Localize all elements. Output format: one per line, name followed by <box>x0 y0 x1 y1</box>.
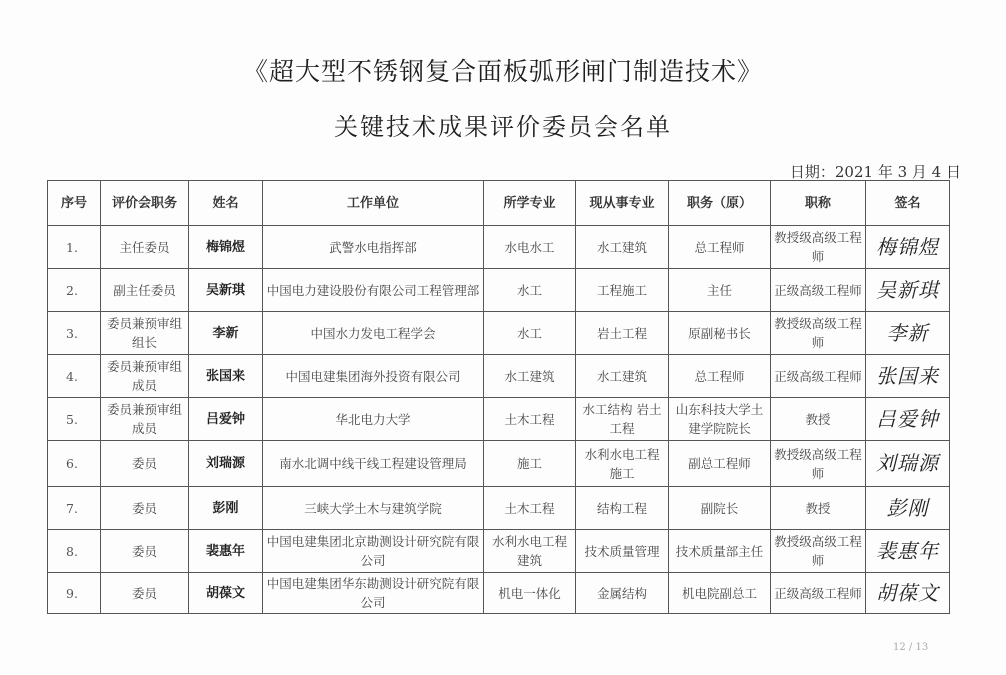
table-row: 8.委员裴惠年中国电建集团北京勘测设计研究院有限公司水利水电工程建筑技术质量管理… <box>48 530 950 573</box>
cell-title: 教授级高级工程师 <box>771 441 866 487</box>
cell-role: 委员兼预审组成员 <box>101 355 189 398</box>
cell-current-major: 岩土工程 <box>576 312 669 355</box>
cell-major: 水工建筑 <box>484 355 576 398</box>
cell-name: 胡葆文 <box>189 573 263 614</box>
cell-no: 1. <box>48 226 101 269</box>
cell-no: 8. <box>48 530 101 573</box>
cell-unit: 中国电力建设股份有限公司工程管理部 <box>263 269 484 312</box>
cell-role: 副主任委员 <box>101 269 189 312</box>
cell-current-major: 技术质量管理 <box>576 530 669 573</box>
header-title: 职称 <box>771 181 866 226</box>
cell-name: 梅锦煜 <box>189 226 263 269</box>
table-row: 7.委员彭刚三峡大学土木与建筑学院土木工程结构工程副院长教授彭刚 <box>48 487 950 530</box>
cell-major: 机电一体化 <box>484 573 576 614</box>
cell-no: 7. <box>48 487 101 530</box>
header-major: 所学专业 <box>484 181 576 226</box>
cell-position: 技术质量部主任 <box>669 530 771 573</box>
header-role: 评价会职务 <box>101 181 189 226</box>
cell-signature: 梅锦煜 <box>866 226 950 269</box>
header-position: 职务（原） <box>669 181 771 226</box>
cell-signature: 吴新琪 <box>866 269 950 312</box>
cell-position: 总工程师 <box>669 226 771 269</box>
cell-position: 山东科技大学土建学院院长 <box>669 398 771 441</box>
cell-signature: 裴惠年 <box>866 530 950 573</box>
cell-major: 水工 <box>484 269 576 312</box>
cell-major: 水工 <box>484 312 576 355</box>
cell-major: 水利水电工程建筑 <box>484 530 576 573</box>
cell-role: 委员兼预审组成员 <box>101 398 189 441</box>
header-signature: 签名 <box>866 181 950 226</box>
page-number: 12 / 13 <box>893 642 928 653</box>
cell-role: 委员 <box>101 487 189 530</box>
cell-signature: 胡葆文 <box>866 573 950 614</box>
cell-name: 刘瑞源 <box>189 441 263 487</box>
cell-no: 2. <box>48 269 101 312</box>
cell-name: 裴惠年 <box>189 530 263 573</box>
cell-name: 吴新琪 <box>189 269 263 312</box>
cell-no: 3. <box>48 312 101 355</box>
cell-current-major: 水工建筑 <box>576 355 669 398</box>
document-subtitle: 关键技术成果评价委员会名单 <box>0 107 1006 142</box>
cell-name: 吕爱钟 <box>189 398 263 441</box>
cell-role: 委员 <box>101 573 189 614</box>
cell-position: 副院长 <box>669 487 771 530</box>
table-row: 3.委员兼预审组组长李新中国水力发电工程学会水工岩土工程原副秘书长教授级高级工程… <box>48 312 950 355</box>
table-row: 6.委员刘瑞源南水北调中线干线工程建设管理局施工水利水电工程施工副总工程师教授级… <box>48 441 950 487</box>
header-unit: 工作单位 <box>263 181 484 226</box>
cell-role: 主任委员 <box>101 226 189 269</box>
cell-name: 张国来 <box>189 355 263 398</box>
cell-signature: 刘瑞源 <box>866 441 950 487</box>
cell-name: 彭刚 <box>189 487 263 530</box>
cell-unit: 南水北调中线干线工程建设管理局 <box>263 441 484 487</box>
cell-current-major: 水利水电工程施工 <box>576 441 669 487</box>
cell-title: 正级高级工程师 <box>771 269 866 312</box>
cell-signature: 吕爱钟 <box>866 398 950 441</box>
cell-title: 正级高级工程师 <box>771 573 866 614</box>
cell-position: 副总工程师 <box>669 441 771 487</box>
cell-major: 土木工程 <box>484 398 576 441</box>
cell-signature: 李新 <box>866 312 950 355</box>
cell-unit: 武警水电指挥部 <box>263 226 484 269</box>
cell-position: 原副秘书长 <box>669 312 771 355</box>
cell-unit: 中国电建集团海外投资有限公司 <box>263 355 484 398</box>
cell-position: 主任 <box>669 269 771 312</box>
committee-table: 序号 评价会职务 姓名 工作单位 所学专业 现从事专业 职务（原） 职称 签名 … <box>47 180 950 614</box>
cell-name: 李新 <box>189 312 263 355</box>
cell-no: 6. <box>48 441 101 487</box>
cell-position: 总工程师 <box>669 355 771 398</box>
cell-title: 教授 <box>771 398 866 441</box>
header-current-major: 现从事专业 <box>576 181 669 226</box>
cell-no: 4. <box>48 355 101 398</box>
cell-no: 5. <box>48 398 101 441</box>
cell-unit: 华北电力大学 <box>263 398 484 441</box>
cell-unit: 中国电建集团北京勘测设计研究院有限公司 <box>263 530 484 573</box>
cell-title: 教授级高级工程师 <box>771 312 866 355</box>
table-row: 5.委员兼预审组成员吕爱钟华北电力大学土木工程水工结构 岩土工程山东科技大学土建… <box>48 398 950 441</box>
table-row: 4.委员兼预审组成员张国来中国电建集团海外投资有限公司水工建筑水工建筑总工程师正… <box>48 355 950 398</box>
cell-no: 9. <box>48 573 101 614</box>
cell-unit: 中国电建集团华东勘测设计研究院有限公司 <box>263 573 484 614</box>
cell-unit: 三峡大学土木与建筑学院 <box>263 487 484 530</box>
cell-position: 机电院副总工 <box>669 573 771 614</box>
document-title: 《超大型不锈钢复合面板弧形闸门制造技术》 <box>0 52 1006 88</box>
cell-major: 土木工程 <box>484 487 576 530</box>
table-header-row: 序号 评价会职务 姓名 工作单位 所学专业 现从事专业 职务（原） 职称 签名 <box>48 181 950 226</box>
table-row: 2.副主任委员吴新琪中国电力建设股份有限公司工程管理部水工工程施工主任正级高级工… <box>48 269 950 312</box>
document-date: 日期：2021 年 3 月 4 日 <box>790 161 961 182</box>
cell-unit: 中国水力发电工程学会 <box>263 312 484 355</box>
cell-current-major: 金属结构 <box>576 573 669 614</box>
cell-role: 委员兼预审组组长 <box>101 312 189 355</box>
cell-role: 委员 <box>101 530 189 573</box>
cell-signature: 彭刚 <box>866 487 950 530</box>
cell-current-major: 水工建筑 <box>576 226 669 269</box>
table-row: 1.主任委员梅锦煜武警水电指挥部水电水工水工建筑总工程师教授级高级工程师梅锦煜 <box>48 226 950 269</box>
header-no: 序号 <box>48 181 101 226</box>
cell-title: 教授级高级工程师 <box>771 530 866 573</box>
cell-title: 教授 <box>771 487 866 530</box>
cell-title: 正级高级工程师 <box>771 355 866 398</box>
table-row: 9.委员胡葆文中国电建集团华东勘测设计研究院有限公司机电一体化金属结构机电院副总… <box>48 573 950 614</box>
cell-title: 教授级高级工程师 <box>771 226 866 269</box>
cell-current-major: 结构工程 <box>576 487 669 530</box>
cell-role: 委员 <box>101 441 189 487</box>
cell-current-major: 水工结构 岩土工程 <box>576 398 669 441</box>
cell-current-major: 工程施工 <box>576 269 669 312</box>
header-name: 姓名 <box>189 181 263 226</box>
cell-major: 施工 <box>484 441 576 487</box>
cell-signature: 张国来 <box>866 355 950 398</box>
cell-major: 水电水工 <box>484 226 576 269</box>
